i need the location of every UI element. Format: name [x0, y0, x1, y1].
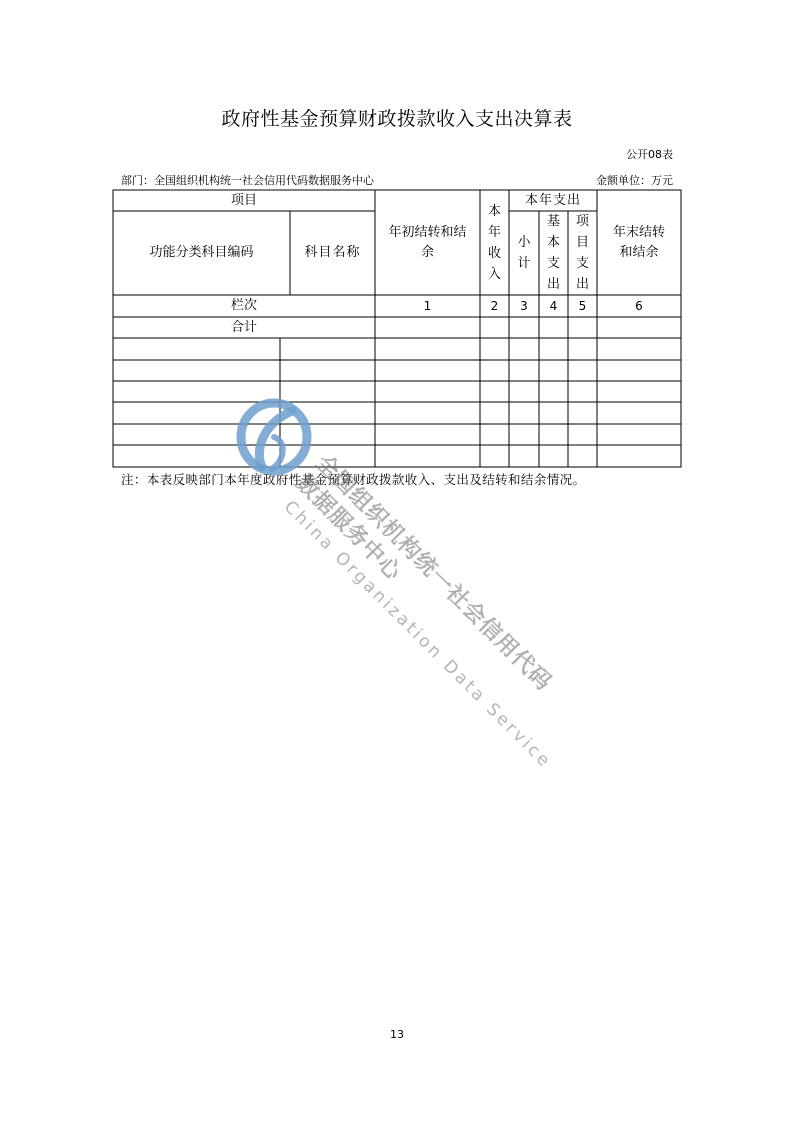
row-value	[568, 360, 597, 381]
row-value	[539, 381, 568, 402]
header-basic-expense-char: 本	[547, 232, 560, 253]
total-row-value	[375, 317, 480, 338]
table-grid	[0, 0, 794, 1123]
total-row-value	[539, 317, 568, 338]
row-value	[375, 381, 480, 402]
row-function-code	[113, 360, 280, 381]
header-subtotal-char: 计	[517, 253, 530, 274]
header-closing-balance: 年末结转和结余	[597, 190, 681, 295]
header-basic-expense-char: 基	[547, 211, 560, 232]
header-current-income-char: 年	[488, 222, 501, 243]
row-value	[509, 360, 539, 381]
row-value	[539, 402, 568, 424]
row-value	[480, 424, 509, 445]
form-number: 公开08表	[626, 146, 673, 162]
header-project-expense-char: 目	[576, 232, 589, 253]
header-project-expense: 项 目 支 出	[568, 211, 597, 295]
column-index-value: 3	[509, 295, 539, 317]
row-value	[480, 381, 509, 402]
column-index-value: 6	[597, 295, 681, 317]
header-subtotal-char: 小	[517, 232, 530, 253]
row-value	[480, 338, 509, 360]
header-project-expense-char: 项	[576, 211, 589, 232]
row-value	[568, 381, 597, 402]
row-value	[375, 402, 480, 424]
row-value	[509, 402, 539, 424]
row-value	[539, 360, 568, 381]
header-basic-expense-char: 支	[547, 253, 560, 274]
row-function-code	[113, 338, 280, 360]
column-index-label: 栏次	[113, 295, 375, 317]
row-value	[509, 445, 539, 467]
row-subject-name	[280, 338, 375, 360]
total-row-value	[568, 317, 597, 338]
row-value	[597, 402, 681, 424]
table-note: 注：本表反映部门本年度政府性基金预算财政拨款收入、支出及结转和结余情况。	[121, 470, 585, 488]
row-value	[375, 338, 480, 360]
total-row-label: 合计	[113, 317, 375, 338]
header-current-income-char: 入	[488, 264, 501, 285]
total-row-value	[509, 317, 539, 338]
row-value	[375, 445, 480, 467]
row-subject-name	[280, 402, 375, 424]
row-value	[597, 360, 681, 381]
row-subject-name	[280, 424, 375, 445]
amount-unit-label: 金额单位：万元	[596, 172, 673, 188]
row-value	[597, 338, 681, 360]
row-value	[597, 381, 681, 402]
row-value	[480, 360, 509, 381]
column-index-value: 1	[375, 295, 480, 317]
watermark-line3: China Organization Data Service	[280, 497, 556, 773]
row-value	[375, 424, 480, 445]
row-value	[509, 424, 539, 445]
row-function-code	[113, 381, 280, 402]
row-value	[539, 445, 568, 467]
header-basic-expense-char: 出	[547, 274, 560, 295]
row-function-code	[113, 445, 280, 467]
row-value	[597, 445, 681, 467]
header-subtotal: 小 计	[509, 211, 539, 295]
row-value	[568, 402, 597, 424]
column-index-value: 2	[480, 295, 509, 317]
row-subject-name	[280, 360, 375, 381]
row-subject-name	[280, 381, 375, 402]
header-basic-expense: 基 本 支 出	[539, 211, 568, 295]
header-current-income-char: 本	[488, 201, 501, 222]
row-value	[480, 445, 509, 467]
department-label: 部门：全国组织机构统一社会信用代码数据服务中心	[121, 172, 374, 188]
header-subject-name: 科目名称	[290, 211, 375, 295]
header-project-expense-char: 出	[576, 274, 589, 295]
header-current-income: 本 年 收 入	[480, 190, 509, 295]
row-value	[480, 402, 509, 424]
row-value	[539, 424, 568, 445]
row-function-code	[113, 424, 280, 445]
row-value	[597, 424, 681, 445]
column-index-value: 5	[568, 295, 597, 317]
page-number: 13	[0, 1028, 794, 1041]
row-value	[568, 424, 597, 445]
row-value	[539, 338, 568, 360]
header-item: 项目	[113, 190, 375, 211]
column-index-value: 4	[539, 295, 568, 317]
total-row-value	[480, 317, 509, 338]
header-project-expense-char: 支	[576, 253, 589, 274]
row-subject-name	[280, 445, 375, 467]
total-row-value	[597, 317, 681, 338]
row-value	[375, 360, 480, 381]
header-current-expense: 本年支出	[509, 190, 597, 211]
header-current-income-char: 收	[488, 243, 501, 264]
row-value	[568, 445, 597, 467]
row-value	[568, 338, 597, 360]
header-opening-balance: 年初结转和结余	[375, 190, 480, 295]
row-value	[509, 381, 539, 402]
header-function-code: 功能分类科目编码	[113, 211, 290, 295]
row-function-code	[113, 402, 280, 424]
row-value	[509, 338, 539, 360]
document-title: 政府性基金预算财政拨款收入支出决算表	[0, 104, 794, 131]
